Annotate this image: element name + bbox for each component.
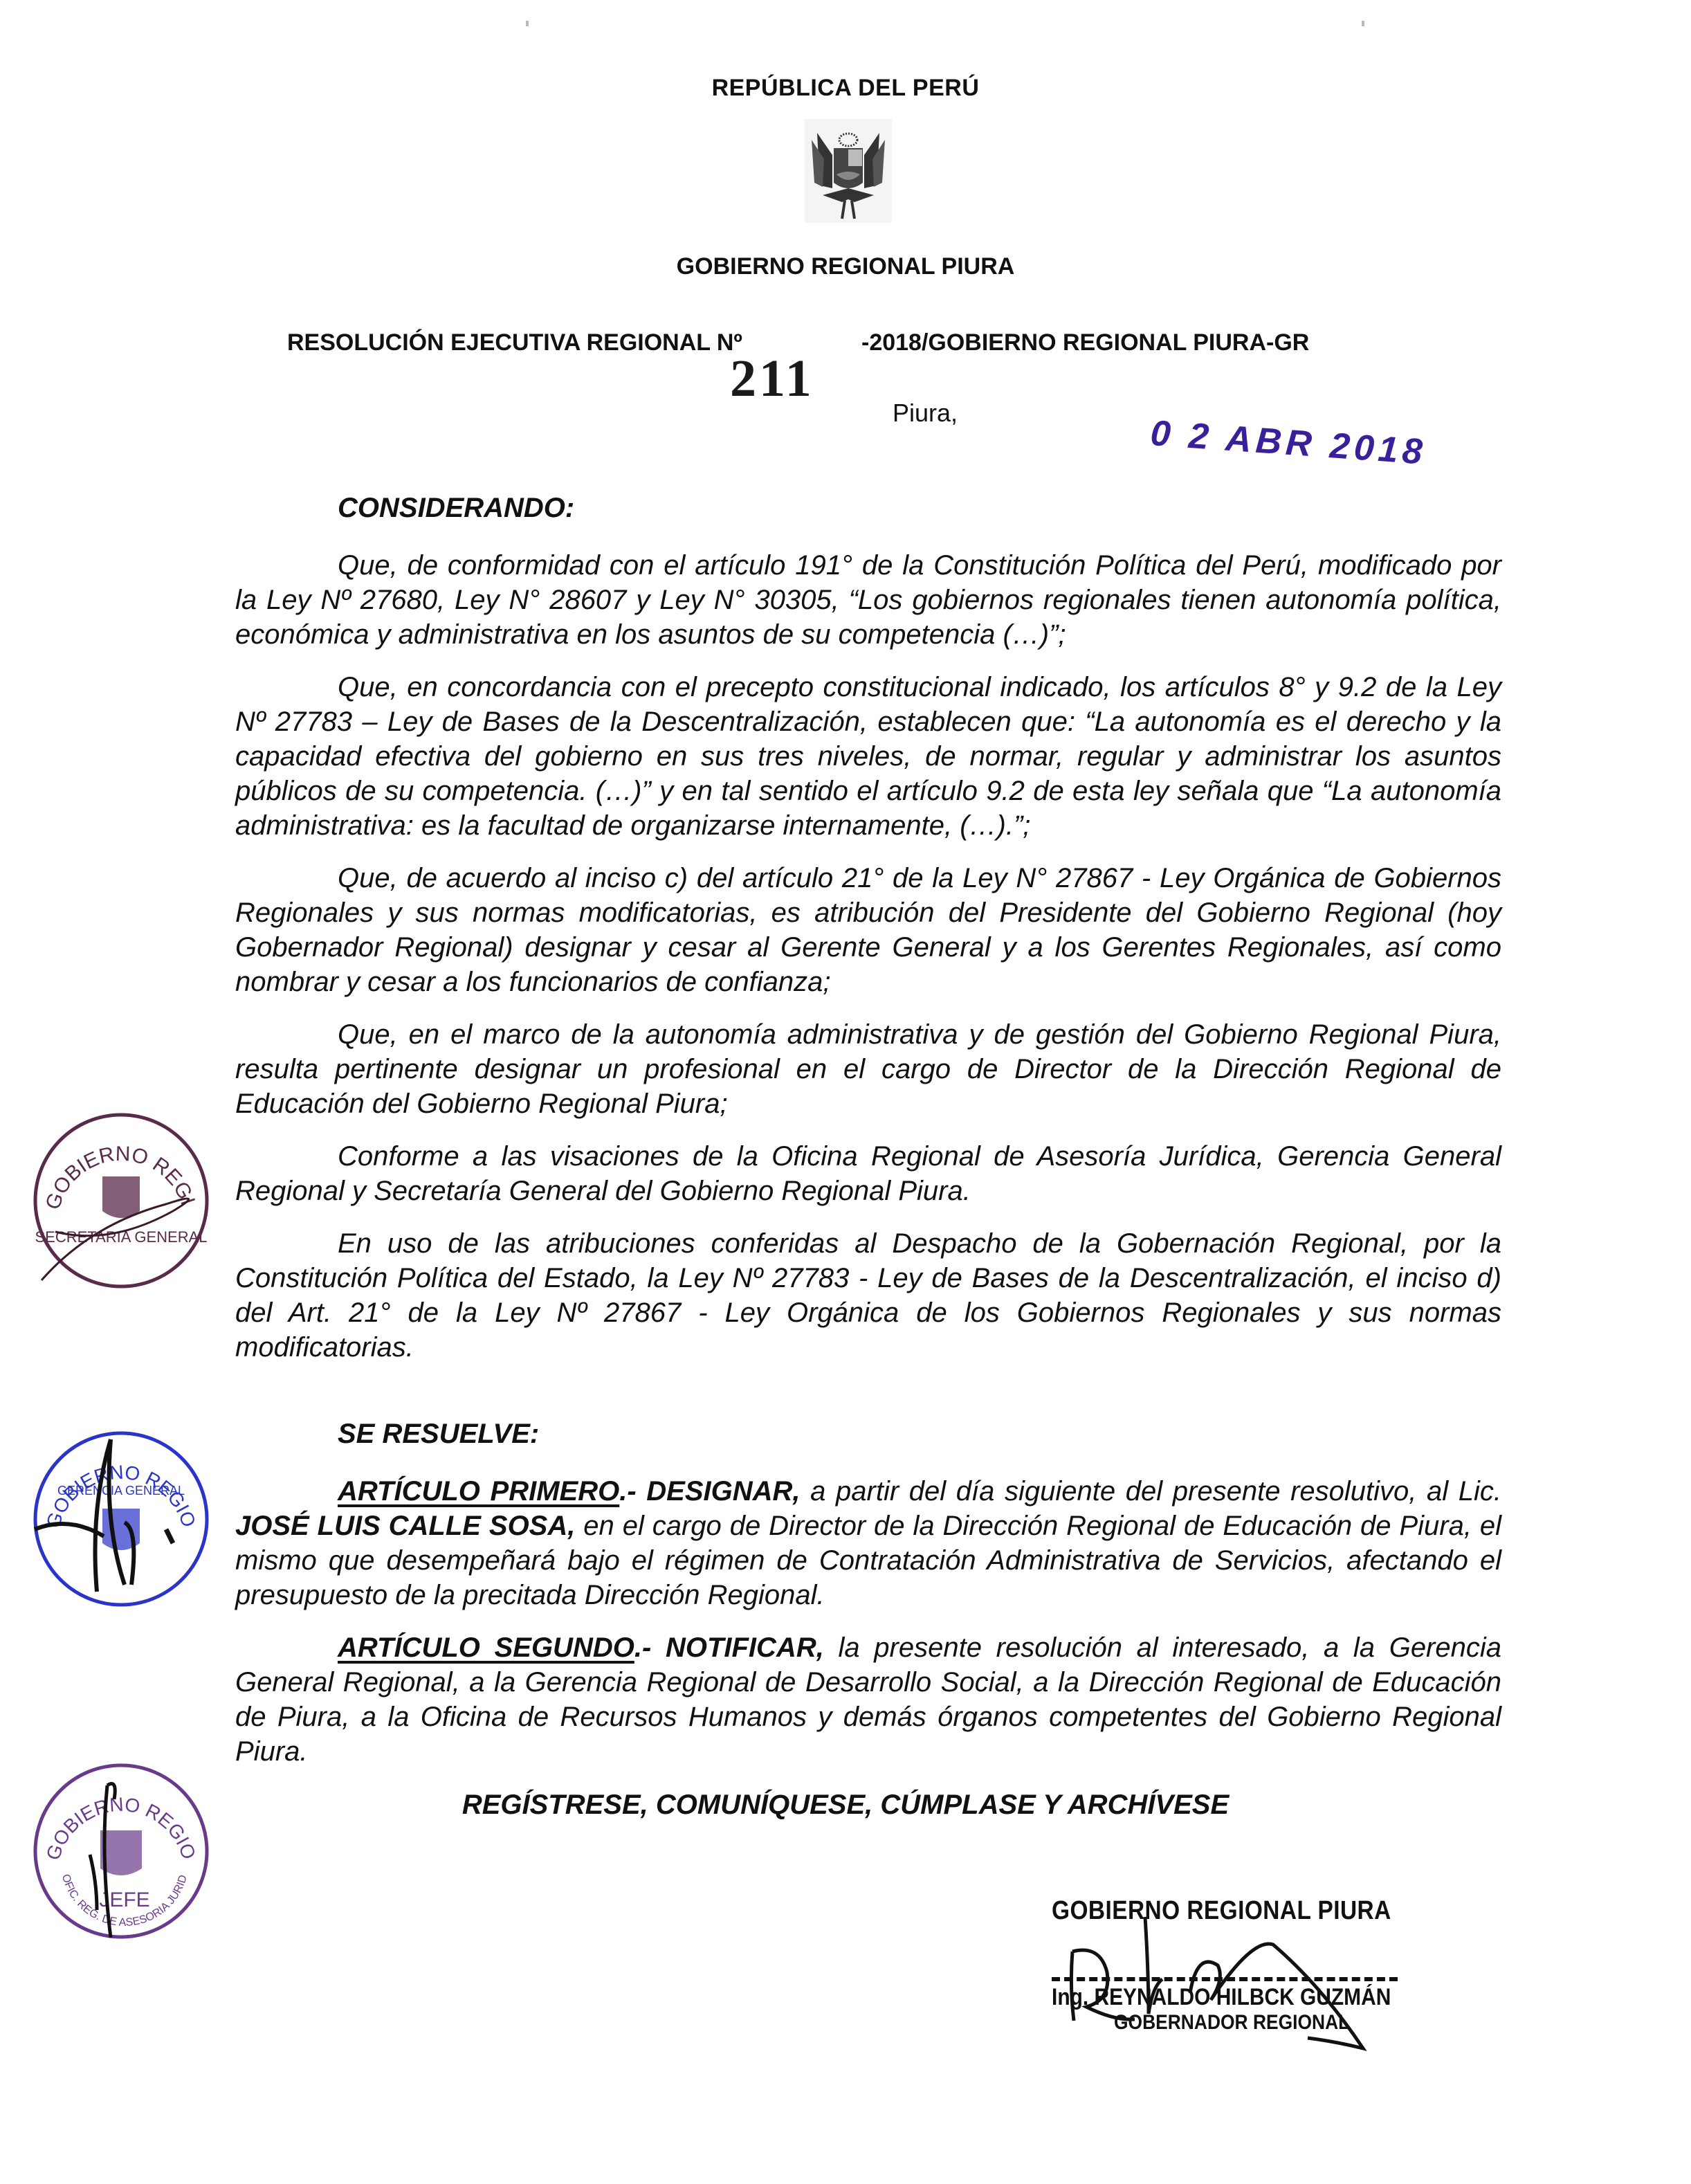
article-verb: NOTIFICAR,: [666, 1632, 824, 1663]
article-heading: ARTÍCULO SEGUNDO: [338, 1632, 634, 1663]
closing-formula: REGÍSTRESE, COMUNÍQUESE, CÚMPLASE Y ARCH…: [0, 1790, 1691, 1821]
signatory-title: GOBERNADOR REGIONAL: [1114, 2011, 1375, 2035]
place-label: Piura,: [893, 399, 958, 428]
seal-asesoria-juridica: GOBIERNO REGIONAL PIURA OFIC. REG. DE AS…: [28, 1758, 214, 1945]
government-heading: GOBIERNO REGIONAL PIURA: [0, 253, 1691, 280]
scan-speck: [526, 21, 529, 26]
article-text: a partir del día siguiente del presente …: [801, 1476, 1501, 1507]
article-segundo: ARTÍCULO SEGUNDO.- NOTIFICAR, la present…: [235, 1630, 1501, 1769]
country-heading: REPÚBLICA DEL PERÚ: [0, 75, 1691, 102]
resolution-prefix: RESOLUCIÓN EJECUTIVA REGIONAL Nº: [287, 329, 742, 356]
seal-gerencia-general: GOBIERNO REGIONAL PIURA GERENCIA GENERAL: [28, 1426, 214, 1612]
considerando-paragraph: Que, de conformidad con el artículo 191°…: [235, 548, 1501, 652]
signatory-name: Ing. REYNALDO HILBCK GUZMÁN: [1052, 1984, 1369, 2011]
articles: ARTÍCULO PRIMERO.- DESIGNAR, a partir de…: [235, 1474, 1501, 1787]
article-primero: ARTÍCULO PRIMERO.- DESIGNAR, a partir de…: [235, 1474, 1501, 1612]
seal-secretaria-general: GOBIERNO REGIONAL PIURA SECRETARIA GENER…: [28, 1107, 214, 1294]
article-separator: .-: [619, 1476, 646, 1507]
date-stamp: 0 2 ABR 2018: [1149, 412, 1428, 473]
considerando-paragraph: Conforme a las visaciones de la Oficina …: [235, 1139, 1501, 1208]
appointee-name: JOSÉ LUIS CALLE SOSA,: [235, 1511, 575, 1541]
signature-organization: GOBIERNO REGIONAL PIURA: [1052, 1896, 1369, 1926]
considerando-paragraph: Que, de acuerdo al inciso c) del artícul…: [235, 861, 1501, 999]
seal-inner-text: GERENCIA GENERAL: [57, 1484, 185, 1498]
peru-coat-of-arms-icon: [805, 119, 892, 223]
resolution-number-stamp: 211: [730, 349, 814, 409]
considerando-paragraph: Que, en concordancia con el precepto con…: [235, 670, 1501, 843]
signature-block: GOBIERNO REGIONAL PIURA Ing. REYNALDO HI…: [1052, 1896, 1411, 2035]
considerando-paragraph: Que, en el marco de la autonomía adminis…: [235, 1017, 1501, 1121]
article-separator: .-: [634, 1632, 666, 1663]
considerando-paragraphs: Que, de conformidad con el artículo 191°…: [235, 548, 1501, 1383]
signature-line: [1052, 1977, 1398, 1981]
scan-speck: [1362, 21, 1364, 26]
article-heading: ARTÍCULO PRIMERO: [338, 1476, 619, 1507]
resolution-suffix: -2018/GOBIERNO REGIONAL PIURA-GR: [861, 329, 1309, 356]
considerando-paragraph: En uso de las atribuciones conferidas al…: [235, 1226, 1501, 1365]
se-resuelve-heading: SE RESUELVE:: [338, 1419, 539, 1450]
resolution-title: RESOLUCIÓN EJECUTIVA REGIONAL Nº -2018/G…: [287, 329, 1380, 356]
article-verb: DESIGNAR,: [646, 1476, 800, 1507]
considerando-heading: CONSIDERANDO:: [338, 493, 574, 524]
